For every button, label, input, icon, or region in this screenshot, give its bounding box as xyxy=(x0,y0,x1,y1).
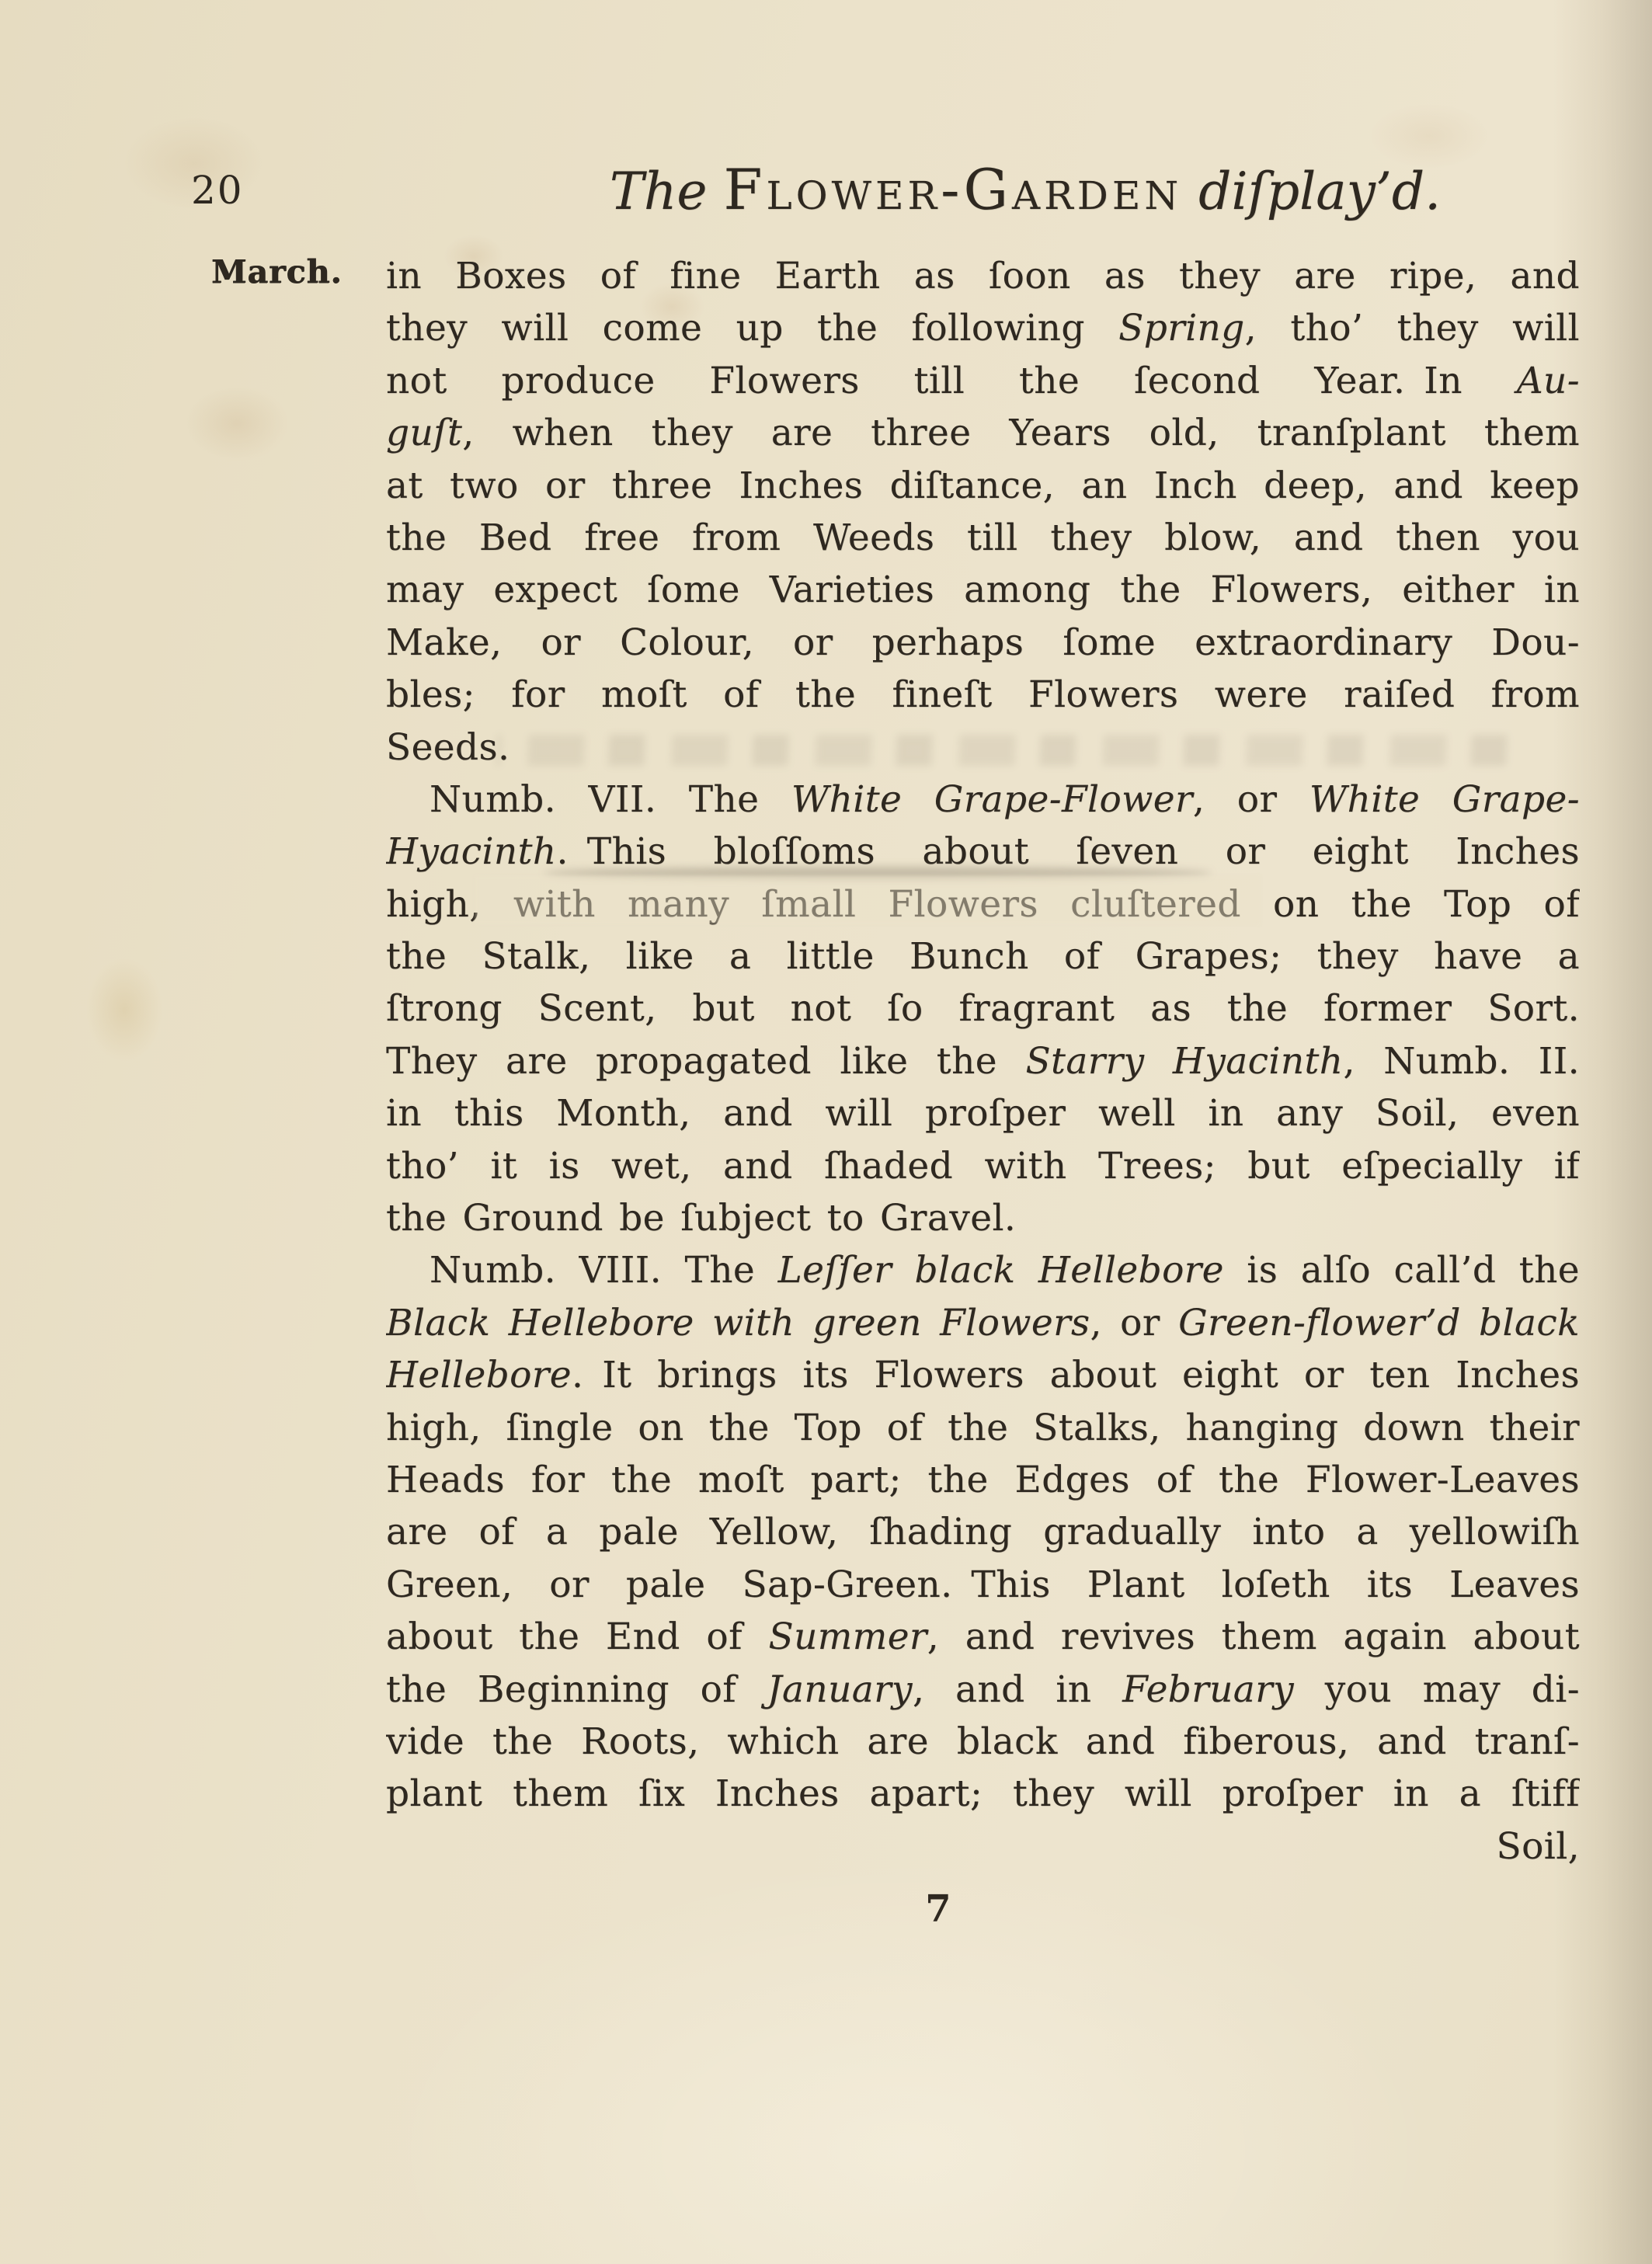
running-header: The Flower-Garden diſplay’d. xyxy=(311,157,1652,222)
text-segment: high, with many ſmall Flowers cluſtered … xyxy=(386,883,1580,926)
text-line: Heads for the moſt part; the Edges of th… xyxy=(386,1454,1580,1506)
text-segment: you may di- xyxy=(1294,1668,1580,1711)
text-line: Make, or Colour, or perhaps ſome extraor… xyxy=(386,617,1580,669)
text-line: bles; for moſt of the fineſt Flowers wer… xyxy=(386,669,1580,721)
text-segment: plant them ſix Inches apart; they will p… xyxy=(386,1772,1580,1815)
text-segment: , when they are three Years old, tranſpl… xyxy=(462,412,1580,454)
text-segment: guſt xyxy=(386,412,462,454)
text-segment: Au- xyxy=(1517,360,1580,402)
text-segment: Flower-Garden xyxy=(723,157,1182,222)
text-segment: Hellebore xyxy=(386,1354,572,1396)
text-line: vide the Roots, which are black and fibe… xyxy=(386,1716,1580,1768)
text-line: guſt, when they are three Years old, tra… xyxy=(386,407,1580,459)
text-block: in Boxes of fine Earth as ſoon as they a… xyxy=(386,250,1580,1873)
ink-smear xyxy=(544,867,1212,879)
text-line: the Bed free from Weeds till they blow, … xyxy=(386,512,1580,564)
text-segment: they will come up the following xyxy=(386,307,1118,350)
text-line: Numb. VIII. The Leſſer black Hellebore i… xyxy=(386,1244,1580,1296)
text-line: may expect ſome Varieties among the Flow… xyxy=(386,564,1580,616)
text-segment: Soil, xyxy=(1497,1825,1581,1868)
text-segment: diſplay’d. xyxy=(1182,162,1441,221)
text-segment: , tho’ they will xyxy=(1245,307,1580,350)
text-segment: , or xyxy=(1193,778,1309,821)
text-segment: Leſſer black Hellebore xyxy=(778,1249,1224,1292)
text-segment: They are propagated like the xyxy=(386,1040,1025,1083)
text-segment: about the End of xyxy=(386,1615,769,1658)
text-segment: vide the Roots, which are black and fibe… xyxy=(386,1720,1580,1763)
text-line: the Stalk, like a little Bunch of Grapes… xyxy=(386,930,1580,982)
text-segment: the Bed free from Weeds till they blow, … xyxy=(386,516,1580,559)
text-line: They are propagated like the Starry Hyac… xyxy=(386,1035,1580,1087)
text-segment: Hyacinth xyxy=(386,830,557,873)
text-line: they will come up the following Spring, … xyxy=(386,302,1580,354)
text-segment: The xyxy=(610,162,724,221)
text-segment: Numb. VII. The xyxy=(430,778,791,821)
text-segment: , and in xyxy=(913,1668,1122,1711)
text-segment: the Ground be ſubject to Gravel. xyxy=(386,1197,1016,1240)
text-segment: in Boxes of fine Earth as ſoon as they a… xyxy=(386,255,1580,297)
text-line: tho’ it is wet, and ſhaded with Trees; b… xyxy=(386,1140,1580,1192)
text-segment: . This bloſſoms about ſeven or eight Inc… xyxy=(557,830,1580,873)
text-segment: White Grape-Flower xyxy=(791,778,1193,821)
text-line: Green, or pale Sap-Green. This Plant loſ… xyxy=(386,1559,1580,1611)
signature-mark: 7 xyxy=(907,1887,969,1931)
text-line: in this Month, and will proſper well in … xyxy=(386,1087,1580,1139)
text-segment: in this Month, and will proſper well in … xyxy=(386,1092,1580,1135)
text-segment: Heads for the moſt part; the Edges of th… xyxy=(386,1459,1580,1501)
text-line: Black Hellebore with green Flowers, or G… xyxy=(386,1297,1580,1349)
text-segment: is alſo call’d the xyxy=(1224,1249,1580,1292)
text-segment: , and revives them again about xyxy=(927,1615,1580,1658)
text-segment: White Grape- xyxy=(1309,778,1580,821)
text-segment: high, ſingle on the Top of the Stalks, h… xyxy=(386,1407,1580,1449)
text-line: Soil, xyxy=(386,1821,1580,1873)
text-line: at two or three Inches diſtance, an Inch… xyxy=(386,460,1580,512)
text-segment: Starry Hyacinth xyxy=(1025,1040,1343,1083)
text-segment: tho’ it is wet, and ſhaded with Trees; b… xyxy=(386,1145,1580,1188)
text-segment: Make, or Colour, or perhaps ſome extraor… xyxy=(386,621,1580,664)
text-line: about the End of Summer, and revives the… xyxy=(386,1611,1580,1663)
text-segment: Green-flower’d black xyxy=(1178,1302,1580,1344)
text-segment: Numb. VIII. The xyxy=(430,1249,778,1292)
text-segment: may expect ſome Varieties among the Flow… xyxy=(386,569,1580,611)
text-segment: , Numb. II. xyxy=(1343,1040,1580,1083)
text-line: not produce Flowers till the ſecond Year… xyxy=(386,355,1580,407)
text-segment: . It brings its Flowers about eight or t… xyxy=(572,1354,1580,1396)
text-segment: February xyxy=(1122,1668,1294,1711)
text-line: plant them ſix Inches apart; they will p… xyxy=(386,1768,1580,1820)
margin-note-month: March. xyxy=(211,253,359,290)
text-segment: the Stalk, like a little Bunch of Grapes… xyxy=(386,935,1580,978)
text-segment: , or xyxy=(1090,1302,1179,1344)
text-segment: bles; for moſt of the fineſt Flowers wer… xyxy=(386,673,1580,716)
text-line: Seeds. xyxy=(386,722,1580,774)
text-segment: January xyxy=(767,1668,913,1711)
text-line: Numb. VII. The White Grape-Flower, or Wh… xyxy=(386,774,1580,826)
text-line: high, ſingle on the Top of the Stalks, h… xyxy=(386,1402,1580,1454)
text-line: Hellebore. It brings its Flowers about e… xyxy=(386,1349,1580,1401)
text-segment: the Beginning of xyxy=(386,1668,767,1711)
text-segment: Green, or pale Sap-Green. This Plant loſ… xyxy=(386,1563,1580,1606)
text-line: high, with many ſmall Flowers cluſtered … xyxy=(386,878,1580,930)
book-page: 20 The Flower-Garden diſplay’d. March. i… xyxy=(0,0,1652,2264)
text-line: in Boxes of fine Earth as ſoon as they a… xyxy=(386,250,1580,302)
text-segment: at two or three Inches diſtance, an Inch… xyxy=(386,464,1580,507)
text-segment: Summer xyxy=(769,1615,927,1658)
text-line: the Beginning of January, and in Februar… xyxy=(386,1664,1580,1716)
text-line: the Ground be ſubject to Gravel. xyxy=(386,1192,1580,1244)
text-line: ſtrong Scent, but not ſo fragrant as the… xyxy=(386,982,1580,1035)
text-line: are of a pale Yellow, ſhading gradually … xyxy=(386,1506,1580,1558)
text-segment: Black Hellebore with green Flowers xyxy=(386,1302,1090,1344)
text-segment: ſtrong Scent, but not ſo fragrant as the… xyxy=(386,987,1580,1030)
text-segment: Spring xyxy=(1118,307,1245,350)
text-segment: not produce Flowers till the ſecond Year… xyxy=(386,360,1517,402)
text-segment: Seeds. xyxy=(386,726,510,769)
page-number: 20 xyxy=(191,168,244,213)
text-segment: are of a pale Yellow, ſhading gradually … xyxy=(386,1511,1580,1553)
